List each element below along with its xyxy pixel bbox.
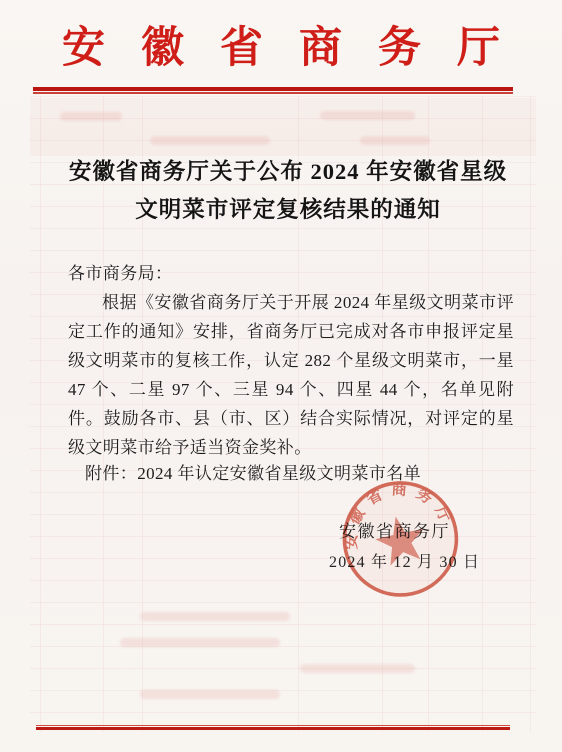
letterhead-agency-name: 安徽省商务厅 xyxy=(0,24,562,74)
footer-divider-thin-line xyxy=(36,725,510,726)
footer-divider xyxy=(36,725,510,730)
document-title-line-1: 安徽省商务厅关于公布 2024 年安徽省星级 xyxy=(58,153,518,191)
document-title: 安徽省商务厅关于公布 2024 年安徽省星级 文明菜市评定复核结果的通知 xyxy=(58,153,518,229)
body-paragraph: 根据《安徽省商务厅关于开展 2024 年星级文明菜市评定工作的通知》安排，省商务… xyxy=(68,288,514,462)
footer-divider-thick-line xyxy=(36,727,510,730)
bleedthrough-header-band xyxy=(30,98,536,156)
bleedthrough-smudge xyxy=(300,664,415,673)
salutation: 各市商务局： xyxy=(68,259,514,288)
letterhead-divider-thin-line xyxy=(33,92,513,94)
signature-agency: 安徽省商务厅 xyxy=(339,517,450,542)
signature-date: 2024 年 12 月 30 日 xyxy=(329,549,480,572)
scanned-official-document: 安徽省商务厅 安徽省商务厅关于公布 2024 年安徽省星级 文明菜市评定复核结果… xyxy=(0,0,562,752)
bleedthrough-smudge xyxy=(140,612,290,621)
letterhead-divider xyxy=(33,87,513,94)
bleedthrough-smudge xyxy=(150,136,270,145)
document-body: 各市商务局： 根据《安徽省商务厅关于开展 2024 年星级文明菜市评定工作的通知… xyxy=(68,259,514,462)
bleedthrough-smudge xyxy=(320,111,415,120)
attachment-line: 附件：2024 年认定安徽省星级文明菜市名单 xyxy=(85,459,421,484)
bleedthrough-smudge xyxy=(360,136,430,145)
bleedthrough-smudge xyxy=(60,112,122,121)
letterhead-divider-thick-line xyxy=(33,87,513,91)
bleedthrough-smudge xyxy=(120,638,280,647)
bleedthrough-smudge xyxy=(140,690,280,699)
document-title-line-2: 文明菜市评定复核结果的通知 xyxy=(58,191,518,229)
